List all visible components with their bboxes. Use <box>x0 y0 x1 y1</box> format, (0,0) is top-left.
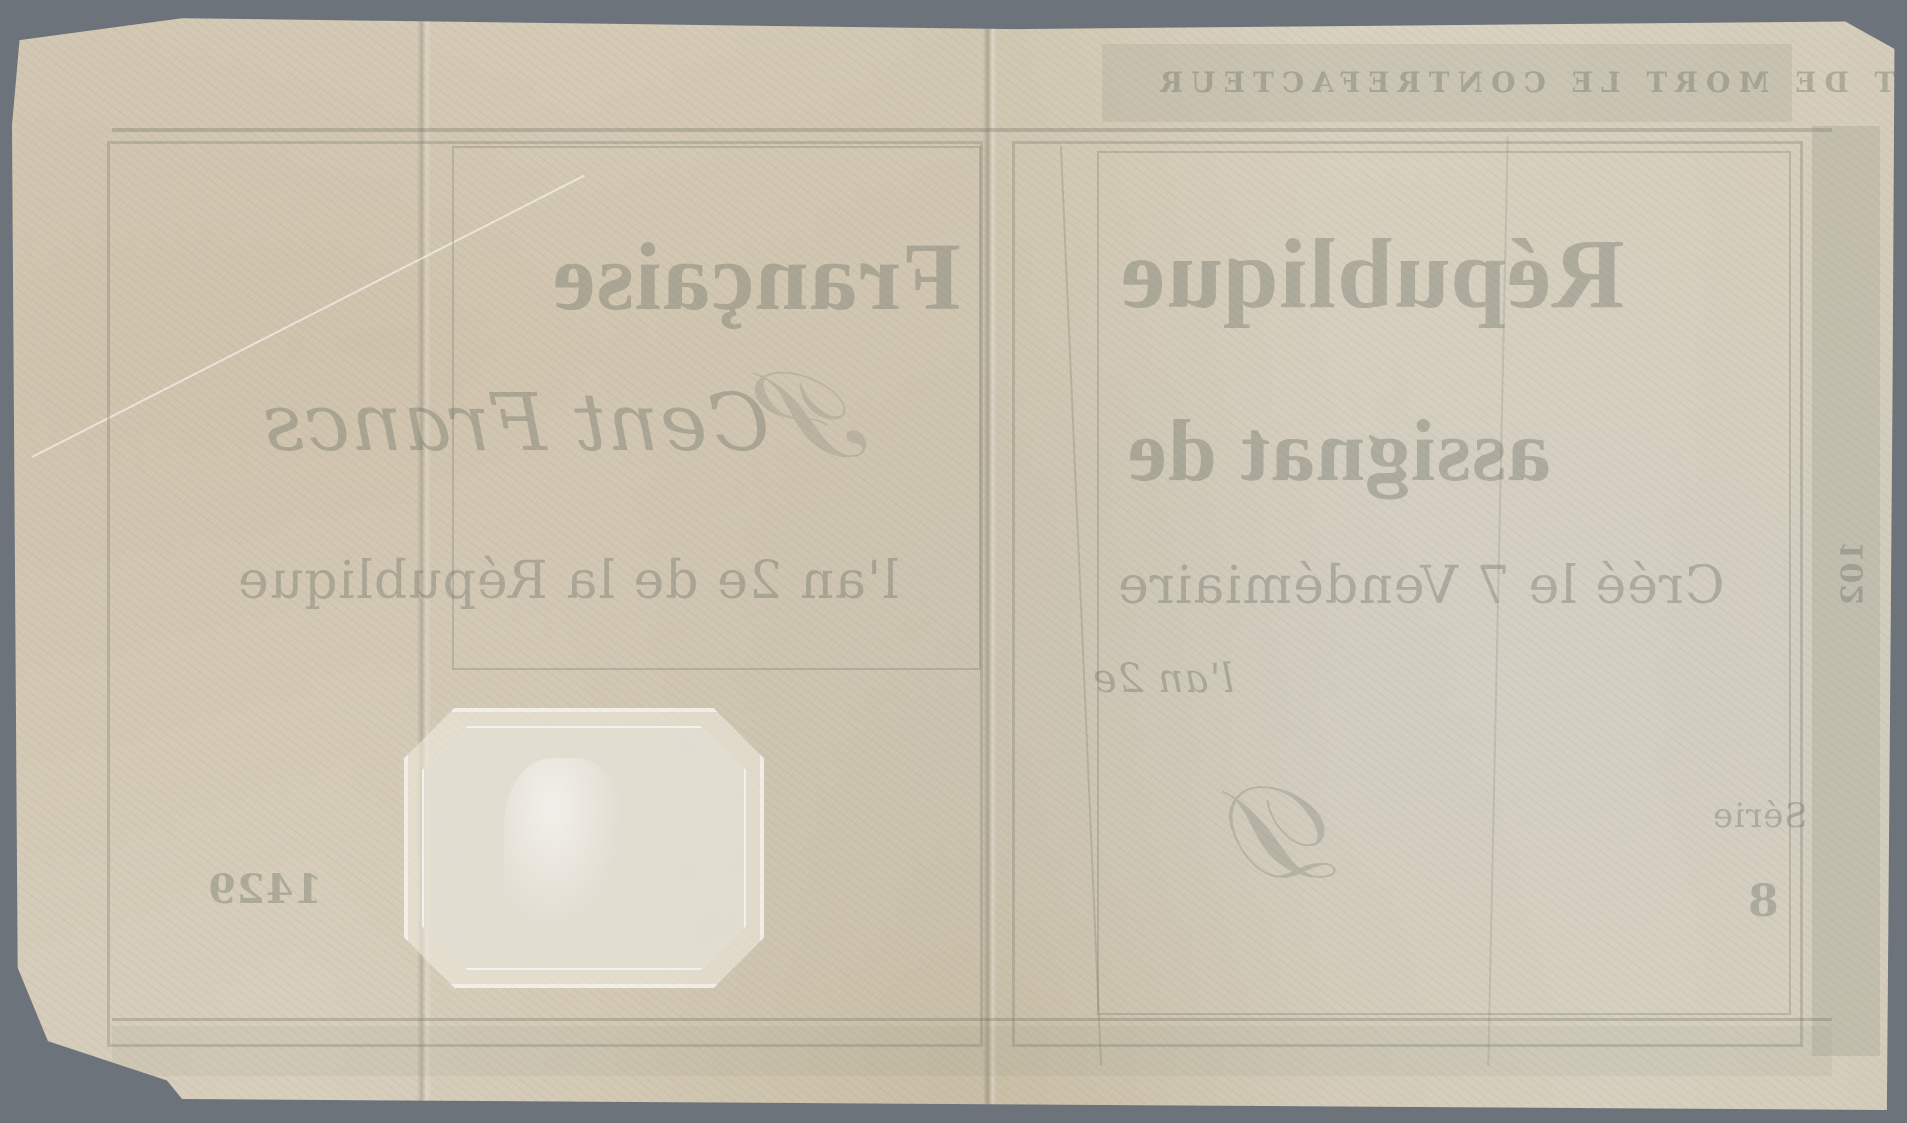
header-band-text: LA LOI PUNIT DE MORT LE CONTREFACTEUR <box>1152 66 1907 99</box>
center-fold <box>983 16 997 1110</box>
value-cent-francs: Cent Francs <box>262 376 769 469</box>
embossed-seal <box>404 708 764 988</box>
year-line: l'an 2e <box>1092 656 1234 702</box>
header-rule <box>112 128 1832 132</box>
footer-band <box>112 1026 1832 1076</box>
title-francaise: Française <box>552 221 961 332</box>
footer-rule <box>112 1018 1832 1021</box>
signature-flourish: 𝒟 <box>1242 756 1347 910</box>
republic-year: l'an 2e de la République <box>237 551 899 611</box>
seated-figure-emboss <box>504 758 624 928</box>
banknote-paper: LA LOI PUNIT DE MORT LE CONTREFACTEUR 10… <box>12 16 1902 1110</box>
title-republique: République <box>1120 216 1625 331</box>
signature-flourish-left: 𝒫 <box>782 346 870 486</box>
title-assignat: assignat de <box>1127 401 1551 502</box>
created-date: Créé le 7 Vendémiaire <box>1117 556 1725 616</box>
serie-label: Série <box>1712 796 1808 836</box>
right-band-number: 102 <box>1835 541 1870 607</box>
serie-number: 8 <box>1747 876 1779 927</box>
left-number: 1429 <box>207 866 322 913</box>
